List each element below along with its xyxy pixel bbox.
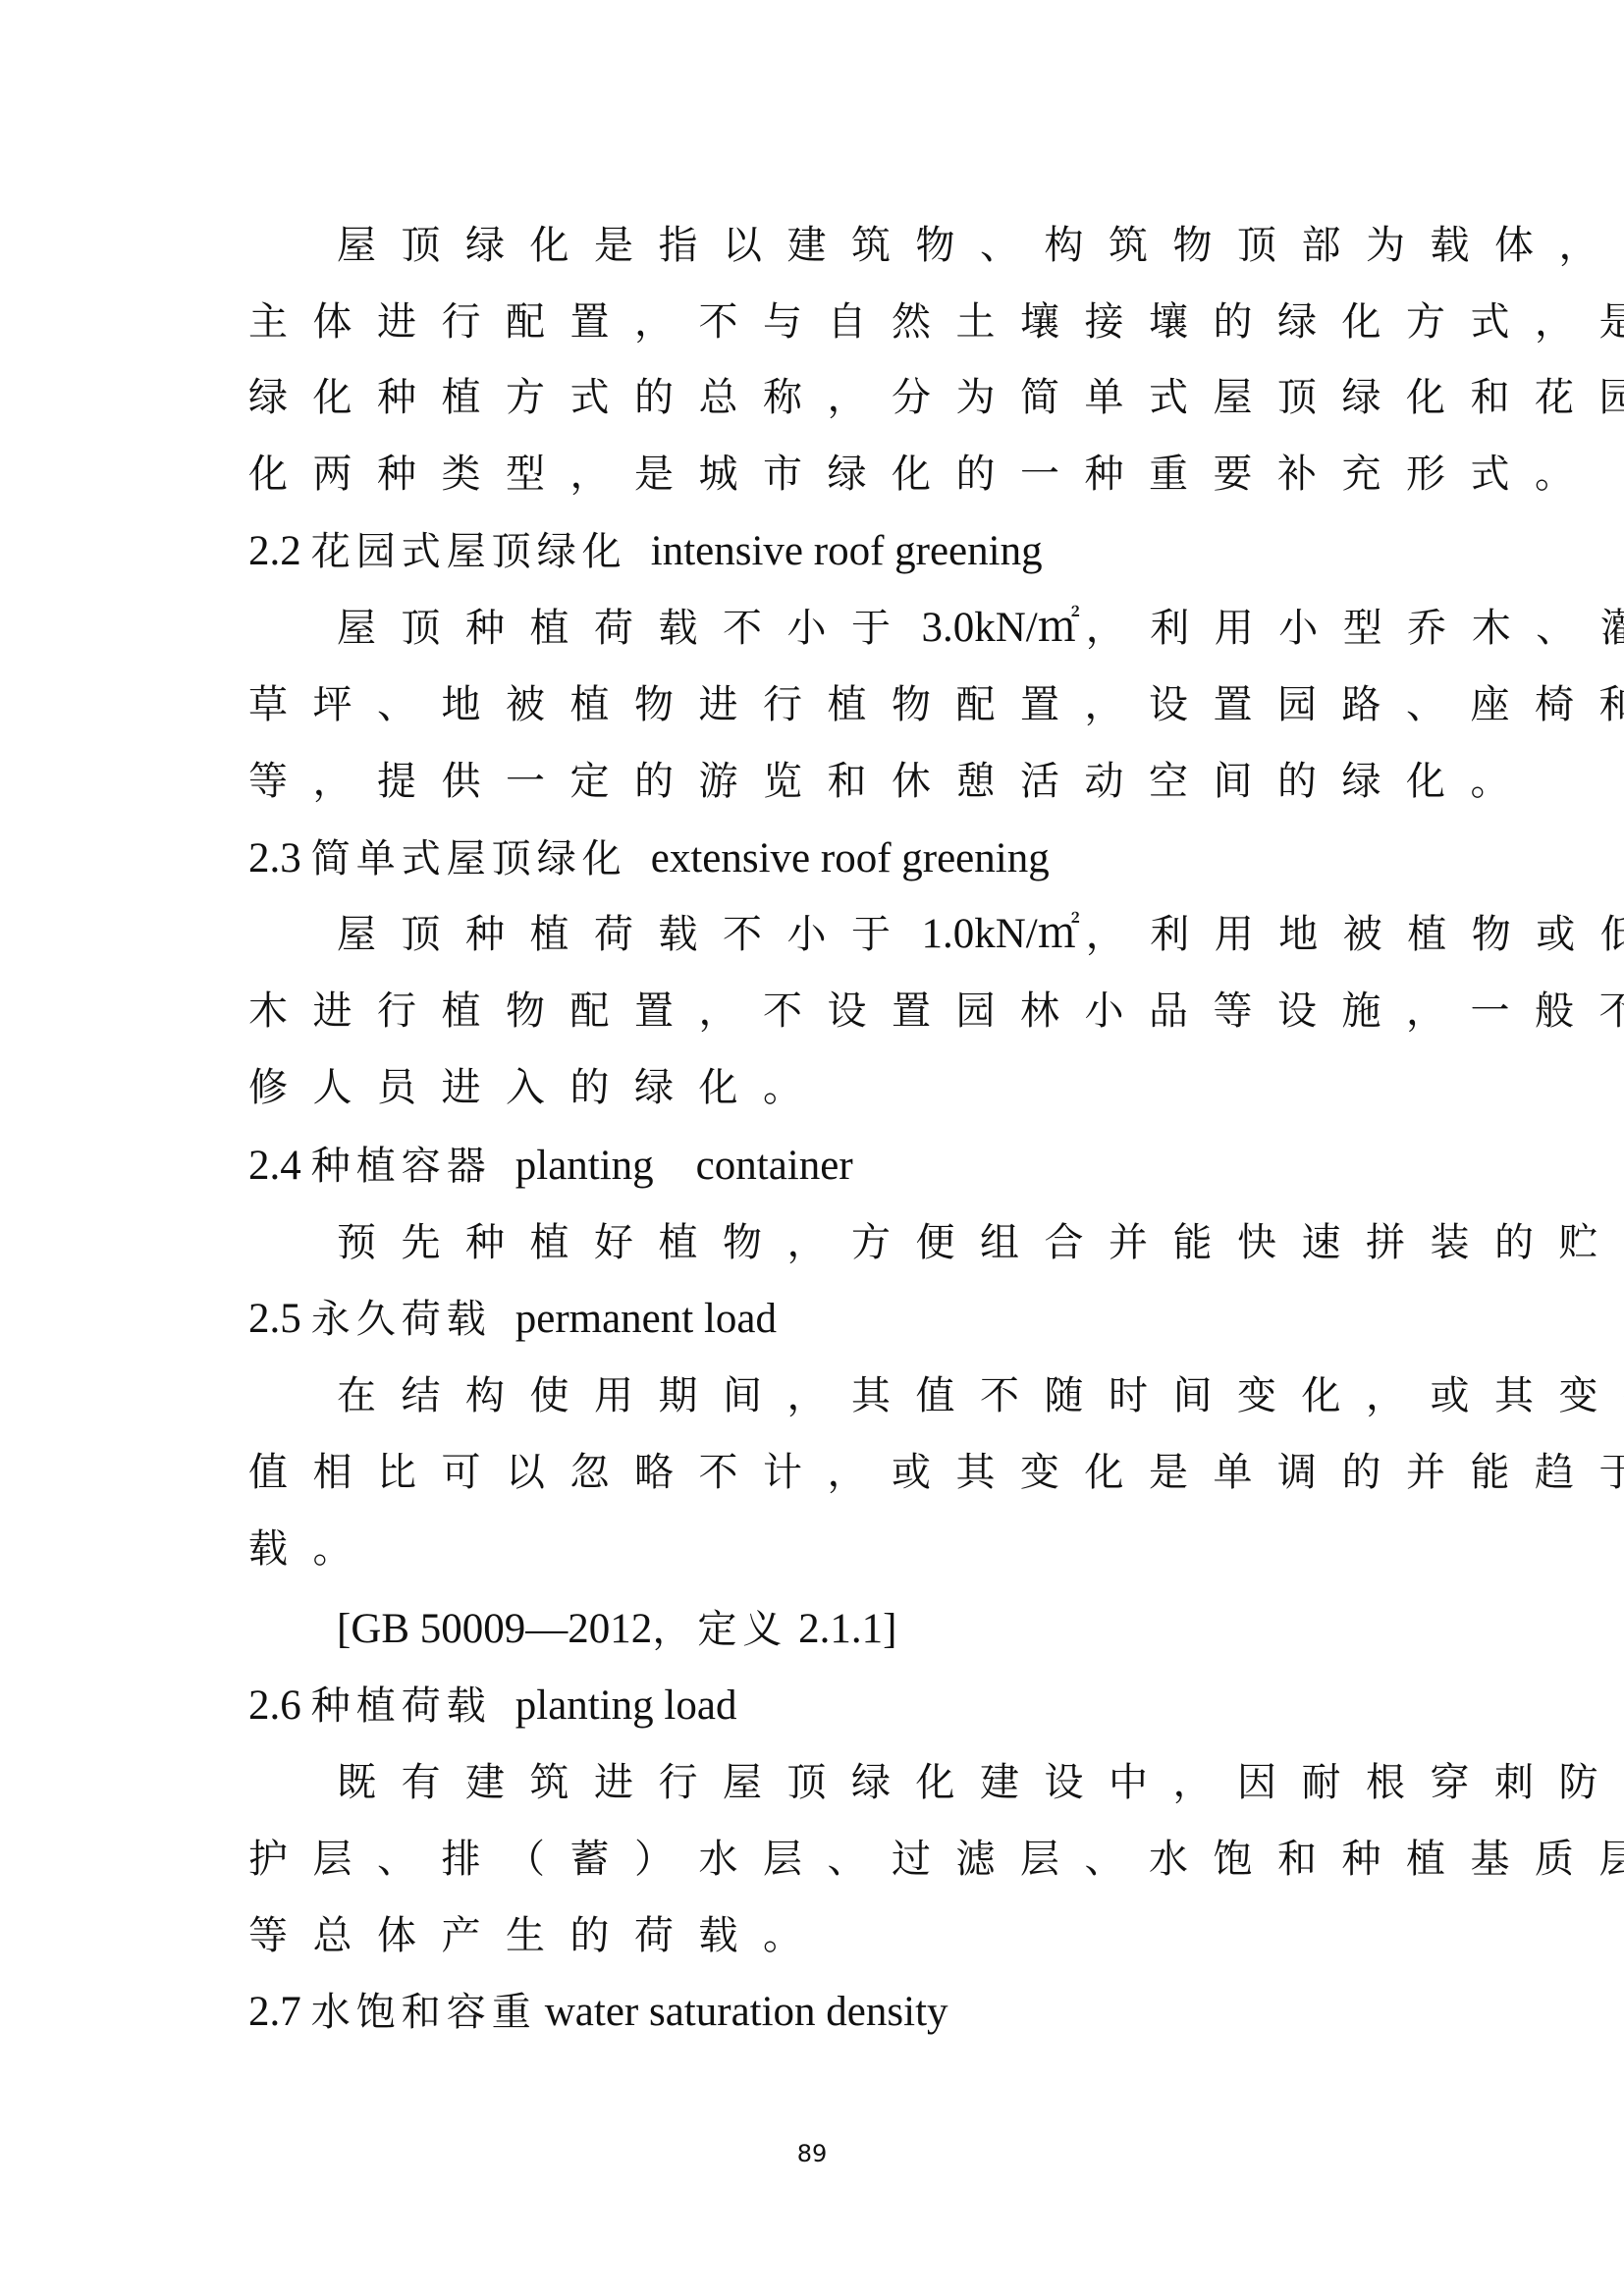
section-title-zh: 永久荷载 <box>311 1297 492 1342</box>
standard-reference: [GB 50009—2012，定义 2.1.1] <box>337 1600 1476 1659</box>
section-title-zh: 种植容器 <box>311 1144 492 1189</box>
section-title-zh: 简单式屋顶绿化 <box>311 836 627 881</box>
section-title-en: planting load <box>515 1682 737 1729</box>
section-number: 2.4 <box>248 1143 301 1189</box>
reference-code: [GB 50009—2012 <box>337 1606 652 1652</box>
reference-label: 定义 <box>697 1607 787 1652</box>
paragraph-line: 既有建筑进行屋顶绿化建设中，因耐根穿刺防水层、保 <box>337 1753 1476 1812</box>
reference-separator: ， <box>652 1607 697 1652</box>
section-number: 2.5 <box>248 1296 301 1342</box>
section-title-en: extensive roof greening <box>651 835 1050 881</box>
text-segment: 屋顶种植荷载不小于 <box>337 912 916 957</box>
section-number: 2.3 <box>248 835 301 881</box>
paragraph-line: 等总体产生的荷载。 <box>248 1906 1387 1965</box>
paragraph-line: 预先种植好植物，方便组合并能快速拼装的贮存器。 <box>337 1213 1476 1272</box>
load-value: 1.0kN/㎡ <box>922 911 1080 957</box>
section-heading-2-7: 2.7水饱和容重water saturation density <box>248 1983 1387 2042</box>
section-heading-2-2: 2.2花园式屋顶绿化intensive roof greening <box>248 522 1387 581</box>
text-segment: 屋顶种植荷载不小于 <box>337 606 916 651</box>
paragraph-line: 载。 <box>248 1520 1387 1578</box>
paragraph-line: 屋顶种植荷载不小于1.0kN/㎡，利用地被植物或低矮灌 <box>337 905 1476 964</box>
section-title-en: permanent load <box>515 1296 777 1342</box>
paragraph-line: 草坪、地被植物进行植物配置，设置园路、座椅和园林小品 <box>248 675 1387 734</box>
paragraph-line: 值相比可以忽略不计，或其变化是单调的并能趋于限值的荷 <box>248 1443 1387 1502</box>
section-title-zh: 花园式屋顶绿化 <box>311 529 627 574</box>
paragraph-line: 屋顶绿化是指以建筑物、构筑物顶部为载体，以植物为 <box>337 216 1476 275</box>
section-heading-2-3: 2.3简单式屋顶绿化extensive roof greening <box>248 829 1387 888</box>
text-segment: ，利用地被植物或低矮灌 <box>1086 912 1624 957</box>
paragraph-line: 护层、排（蓄）水层、过滤层、水饱和种植基质层和植被层 <box>248 1830 1387 1889</box>
reference-clause: 2.1.1] <box>787 1606 896 1652</box>
paragraph-line: 修人员进入的绿化。 <box>248 1058 1387 1117</box>
section-number: 2.7 <box>248 1989 301 2035</box>
paragraph-line: 屋顶种植荷载不小于3.0kN/㎡，利用小型乔木、灌木和 <box>337 599 1476 658</box>
section-title-zh: 水饱和容重 <box>311 1990 537 2035</box>
section-number: 2.6 <box>248 1682 301 1729</box>
section-title-en: water saturation density <box>545 1989 948 2035</box>
section-title-en: planting container <box>515 1143 853 1189</box>
document-page: 屋顶绿化是指以建筑物、构筑物顶部为载体，以植物为 主体进行配置，不与自然土壤接壤… <box>0 0 1624 2296</box>
section-title-zh: 种植荷载 <box>311 1683 492 1729</box>
paragraph-line: 在结构使用期间，其值不随时间变化，或其变化与平均 <box>337 1366 1476 1425</box>
paragraph-line: 木进行植物配置，不设置园林小品等设施，一般不允许非维 <box>248 982 1387 1041</box>
text-segment: ，利用小型乔木、灌木和 <box>1086 606 1624 651</box>
page-number: 89 <box>0 2140 1624 2167</box>
section-heading-2-5: 2.5永久荷载permanent load <box>248 1290 1387 1349</box>
section-number: 2.2 <box>248 528 301 574</box>
section-title-en: intensive roof greening <box>651 528 1043 574</box>
load-value: 3.0kN/㎡ <box>922 605 1080 651</box>
paragraph-line: 主体进行配置，不与自然土壤接壤的绿化方式，是多种屋顶 <box>248 293 1387 351</box>
paragraph-line: 等，提供一定的游览和休憩活动空间的绿化。 <box>248 752 1387 811</box>
section-heading-2-6: 2.6种植荷载planting load <box>248 1677 1387 1735</box>
paragraph-line: 绿化种植方式的总称，分为简单式屋顶绿化和花园式屋顶绿 <box>248 368 1387 427</box>
section-heading-2-4: 2.4种植容器planting container <box>248 1137 1387 1196</box>
paragraph-line: 化两种类型，是城市绿化的一种重要补充形式。 <box>248 445 1387 504</box>
